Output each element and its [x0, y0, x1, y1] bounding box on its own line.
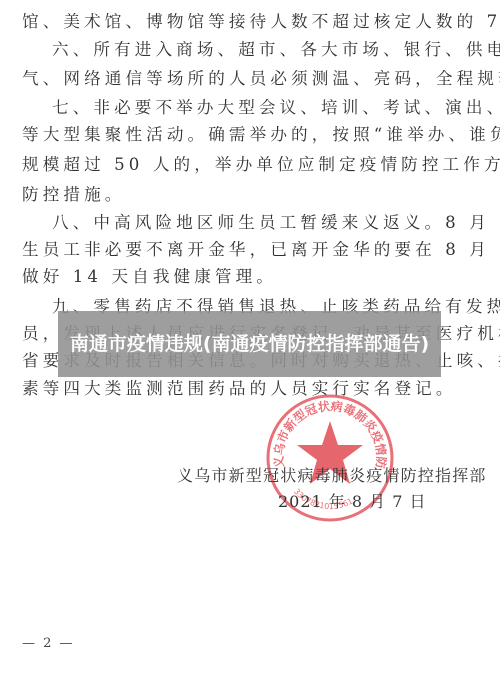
- paragraph-line: 规模超过 50 人的，举办单位应制定疫情防控工作方案，落实各项: [22, 154, 468, 176]
- paragraph-line: 素等四大类监测范围药品的人员实行实名登记。: [22, 378, 468, 400]
- document-page: 馆、美术馆、博物馆等接待人数不超过核定人数的 75%。 六、所有进入商场、超市、…: [0, 0, 500, 688]
- issue-date: 2021 年 8 月 7 日: [278, 491, 427, 513]
- paragraph-line: 生员工非必要不离开金华，已离开金华的要在 8 月 15 日前返回，: [22, 239, 468, 261]
- paragraph-line: 气、网络通信等场所的人员必须测温、亮码，全程规范佩戴口罩。: [22, 68, 468, 90]
- paragraph-line: 等大型集聚性活动。确需举办的，按照“谁举办、谁负责”的原则，: [22, 124, 468, 146]
- page-number: — 2 —: [22, 636, 75, 651]
- paragraph-line: 防控措施。: [22, 184, 468, 206]
- overlay-title: 南通市疫情违规(南通疫情防控指挥部通告): [67, 331, 432, 357]
- title-overlay-banner: 南通市疫情违规(南通疫情防控指挥部通告): [58, 311, 441, 377]
- paragraph-line: 八、中高风险地区师生员工暂缓来义返义。8 月 15 日起，师: [52, 212, 468, 234]
- paragraph-line: 七、非必要不举办大型会议、培训、考试、演出、赛事、展会: [52, 97, 468, 119]
- paragraph-line: 馆、美术馆、博物馆等接待人数不超过核定人数的 75%。: [22, 11, 468, 33]
- paragraph-line: 做好 14 天自我健康管理。: [22, 266, 468, 288]
- issuer-signature: 义乌市新型冠状病毒肺炎疫情防控指挥部: [177, 465, 487, 487]
- paragraph-line: 六、所有进入商场、超市、各大市场、银行、供电、供水、供: [52, 39, 468, 61]
